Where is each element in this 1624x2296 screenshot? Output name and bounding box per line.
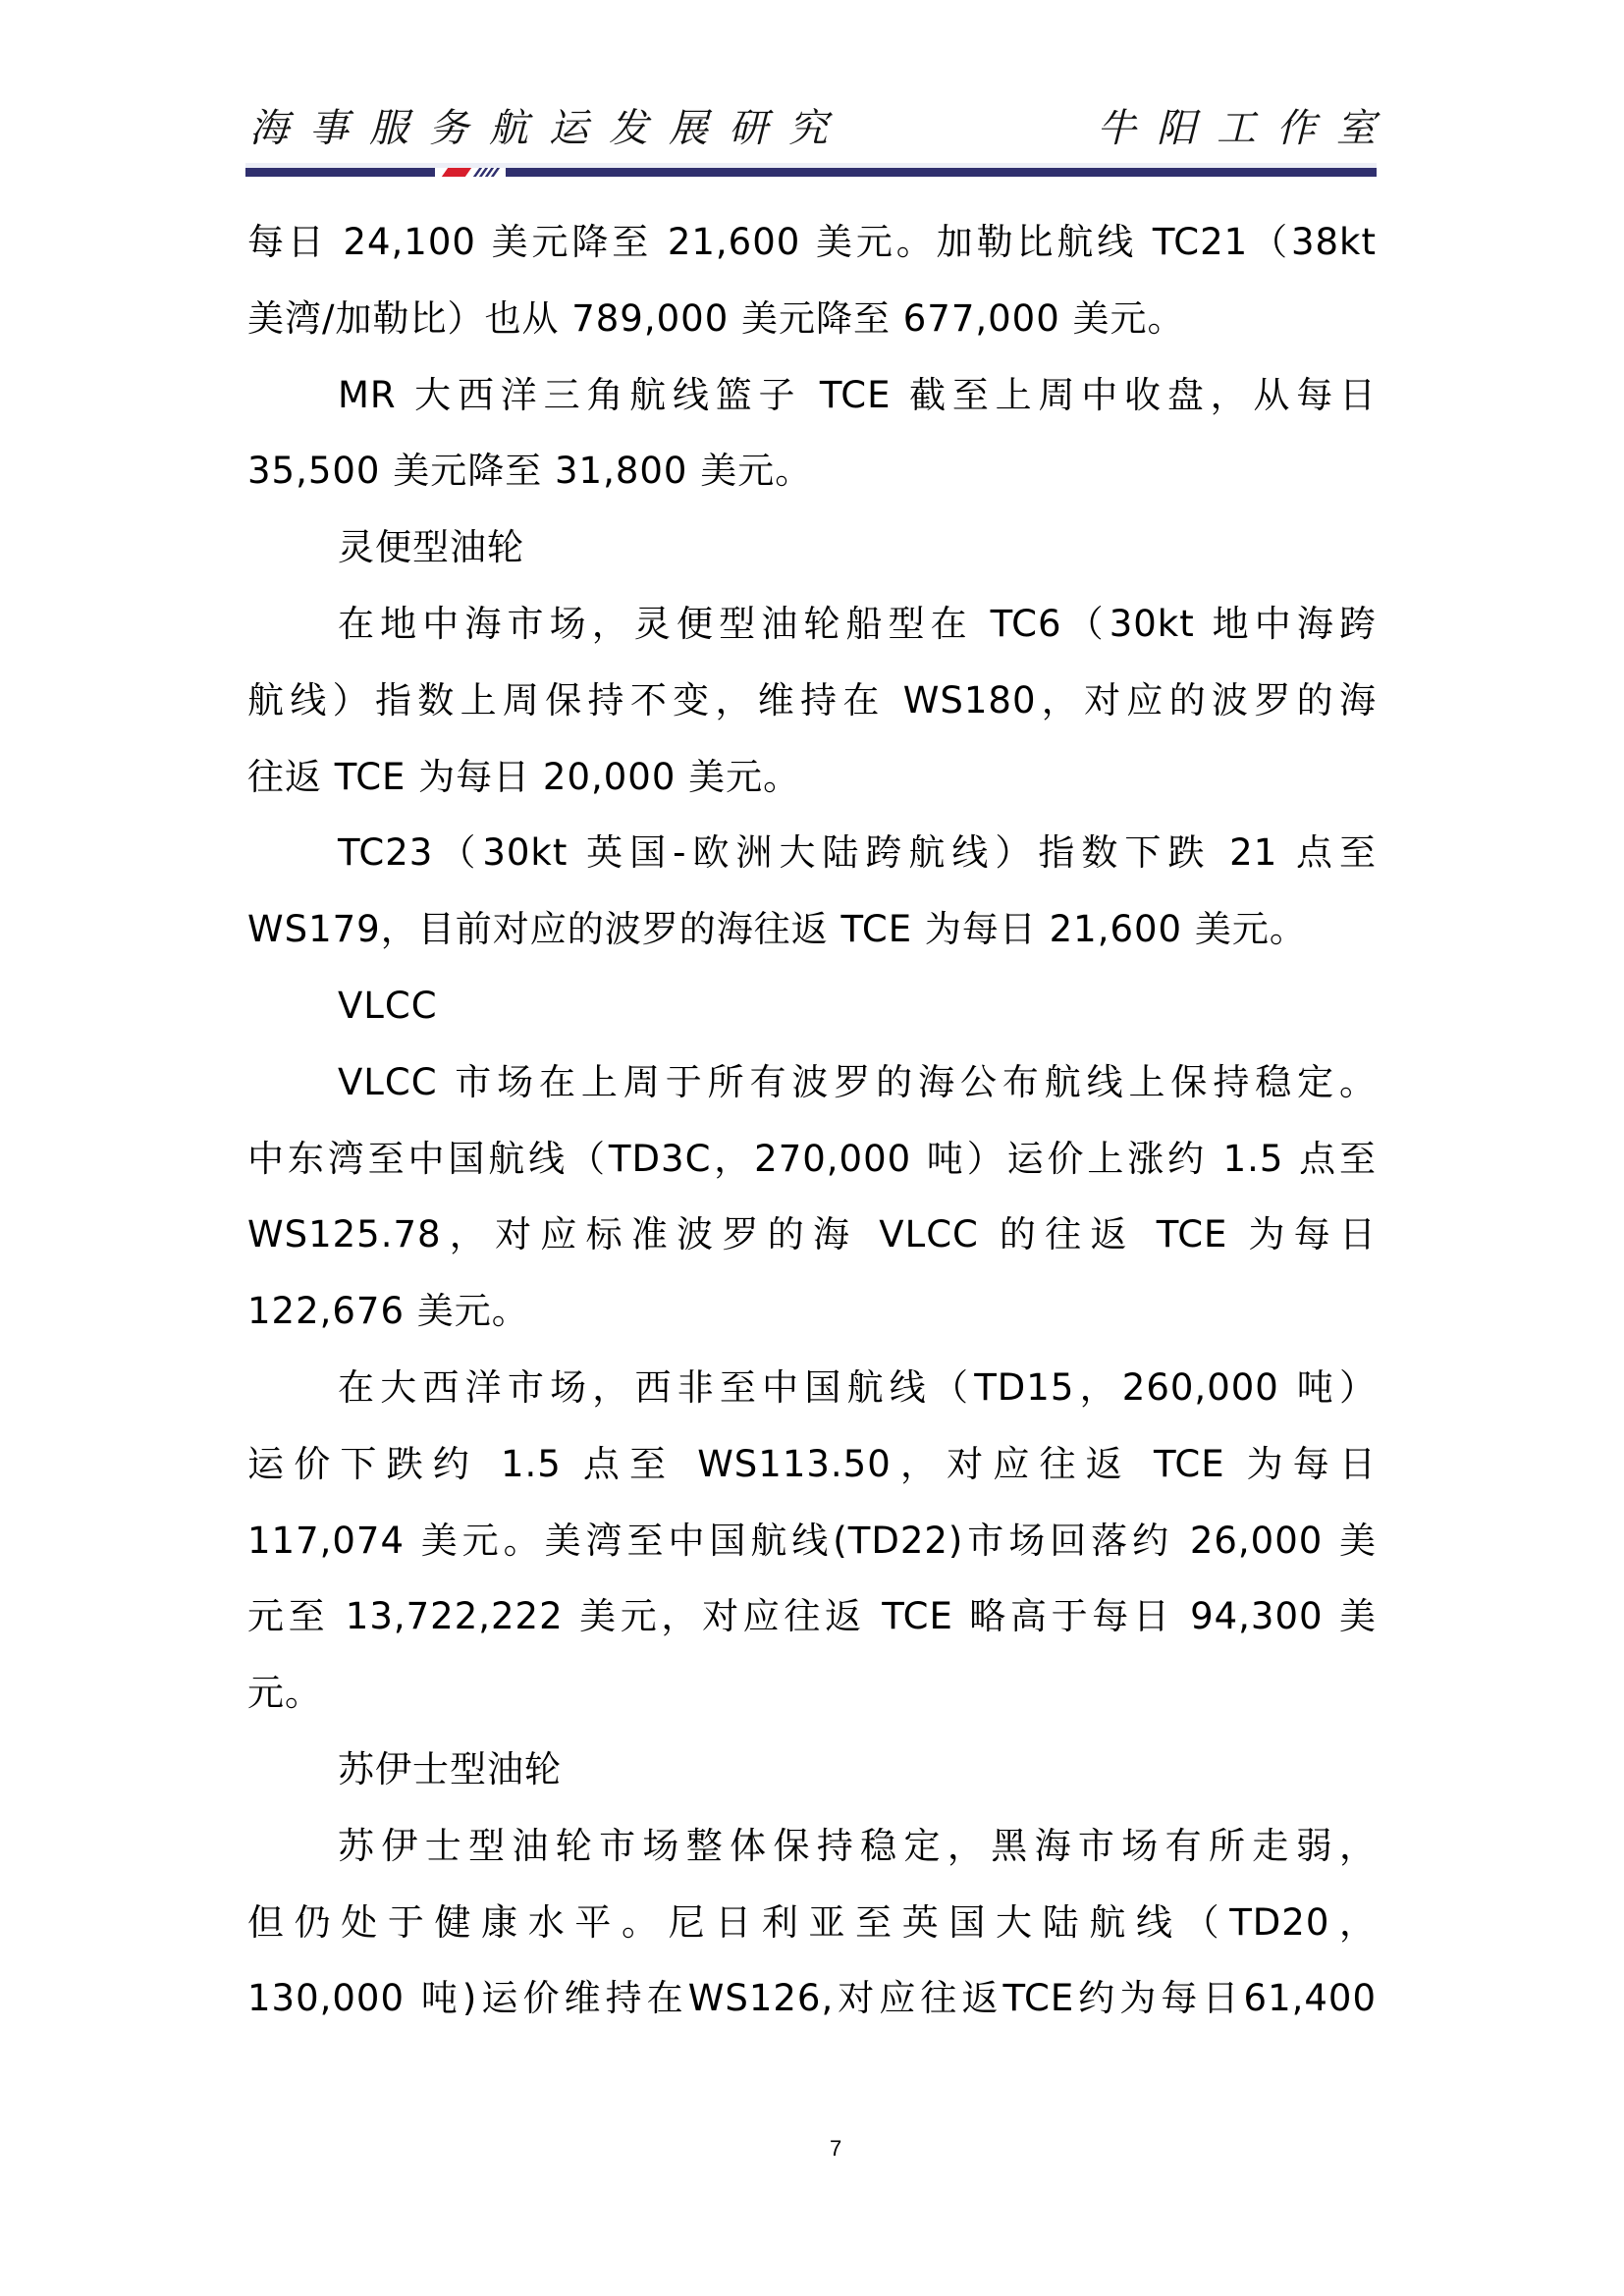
section-heading-suezmax: 苏伊士型油轮 [247,1741,1377,1818]
text-line: 35,500 美元降至 31,800 美元。 [247,443,1377,519]
text-line: 但仍处于健康水平。尼日利亚至英国大陆航线（TD20， [247,1895,1377,1971]
text-line: 130,000 吨)运价维持在WS126,对应往返TCE约为每日61,400 [247,1970,1377,2047]
section-heading-handysize: 灵便型油轮 [247,519,1377,596]
paragraph-start-line: MR 大西洋三角航线篮子 TCE 截至上周中收盘，从每日 [247,367,1377,444]
header-divider-bar [245,168,1377,177]
text-line: 每日 24,100 美元降至 21,600 美元。加勒比航线 TC21（38kt [247,214,1377,291]
header-studio-name: 牛阳工作室 [1097,102,1396,155]
text-line: 运价下跌约 1.5 点至 WS113.50，对应往返 TCE 为每日 [247,1436,1377,1513]
header-text-row: 海事服务航运发展研究 牛阳工作室 [245,102,1377,155]
text-line: 航线）指数上周保持不变，维持在 WS180，对应的波罗的海 [247,672,1377,749]
header-title: 海事服务航运发展研究 [249,102,848,155]
text-line: 中东湾至中国航线（TD3C，270,000 吨）运价上涨约 1.5 点至 [247,1131,1377,1207]
paragraph-start-line: VLCC 市场在上周于所有波罗的海公布航线上保持稳定。 [247,1054,1377,1131]
header-bar-red-stripe [442,168,471,177]
text-line: 元。 [247,1665,1377,1741]
paragraph-start-line: 在地中海市场，灵便型油轮船型在 TC6（30kt 地中海跨 [247,596,1377,672]
page-number: 7 [830,2136,841,2162]
paragraph-start-line: 在大西洋市场，西非至中国航线（TD15，260,000 吨） [247,1360,1377,1436]
text-line: 往返 TCE 为每日 20,000 美元。 [247,749,1377,826]
text-line: 122,676 美元。 [247,1283,1377,1360]
text-line: 美湾/加勒比）也从 789,000 美元降至 677,000 美元。 [247,291,1377,367]
document-body: 每日 24,100 美元降至 21,600 美元。加勒比航线 TC21（38kt… [247,214,1377,2047]
header-bar-accent-icon [435,168,506,177]
section-heading-vlcc: VLCC [247,978,1377,1054]
text-line: WS125.78，对应标准波罗的海 VLCC 的往返 TCE 为每日 [247,1206,1377,1283]
text-line: 元至 13,722,222 美元，对应往返 TCE 略高于每日 94,300 美 [247,1588,1377,1665]
paragraph-start-line: TC23（30kt 英国-欧洲大陆跨航线）指数下跌 21 点至 [247,825,1377,901]
text-line: 117,074 美元。美湾至中国航线(TD22)市场回落约 26,000 美 [247,1513,1377,1589]
paragraph-start-line: 苏伊士型油轮市场整体保持稳定，黑海市场有所走弱， [247,1818,1377,1895]
text-line: WS179，目前对应的波罗的海往返 TCE 为每日 21,600 美元。 [247,901,1377,978]
